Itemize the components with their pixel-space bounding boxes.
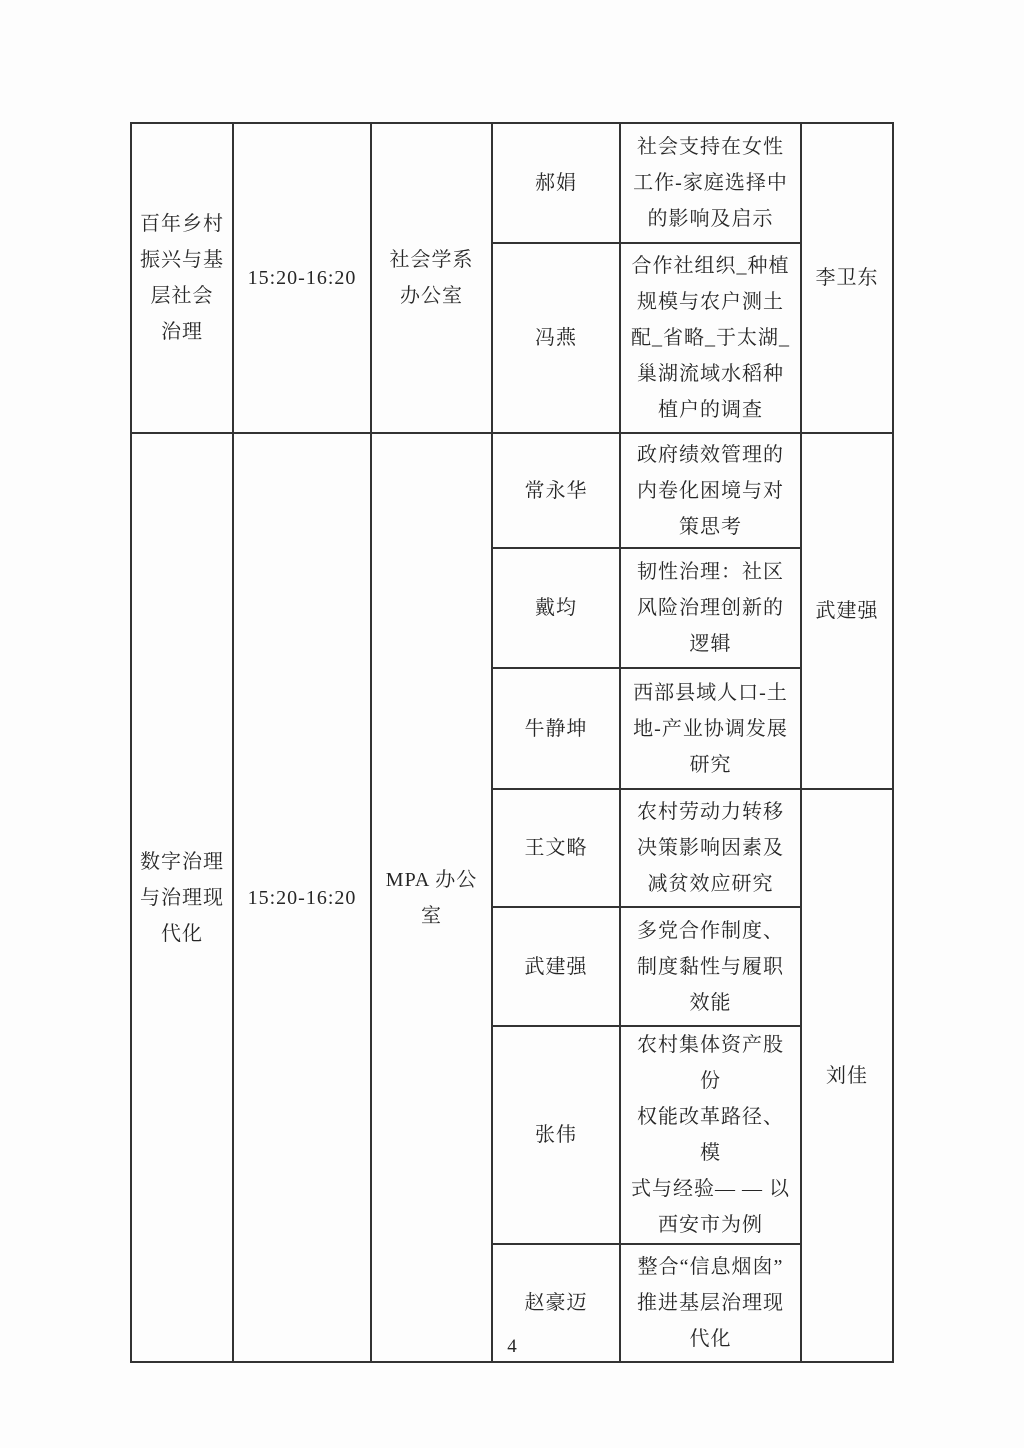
presenter-cell: 冯燕 <box>492 243 620 433</box>
presenter-cell: 郝娟 <box>492 123 620 243</box>
session1-commentator-cell: 李卫东 <box>801 123 893 433</box>
page-number: 4 <box>0 1336 1024 1358</box>
paper-title-cell: 农村劳动力转移 决策影响因素及 减贫效应研究 <box>620 789 801 907</box>
paper-title-cell: 政府绩效管理的 内卷化困境与对 策思考 <box>620 433 801 548</box>
paper-title-cell: 农村集体资产股份 权能改革路径、模 式与经验— — 以 西安市为例 <box>620 1026 801 1244</box>
paper-title-cell: 西部县域人口-土 地-产业协调发展 研究 <box>620 668 801 789</box>
session2-location-cell: MPA 办公室 <box>371 433 492 1362</box>
paper-title-cell: 合作社组织_种植 规模与农户测土 配_省略_于太湖_ 巢湖流域水稻种 植户的调查 <box>620 243 801 433</box>
session2-theme-cell: 数字治理 与治理现 代化 <box>131 433 233 1362</box>
presenter-cell: 武建强 <box>492 907 620 1026</box>
session1-theme-cell: 百年乡村 振兴与基 层社会 治理 <box>131 123 233 433</box>
presenter-cell: 王文略 <box>492 789 620 907</box>
table-row: 数字治理 与治理现 代化 15:20-16:20 MPA 办公室 常永华 政府绩… <box>131 433 893 548</box>
presenter-cell: 戴均 <box>492 548 620 668</box>
presenter-cell: 牛静坤 <box>492 668 620 789</box>
schedule-table: 百年乡村 振兴与基 层社会 治理 15:20-16:20 社会学系 办公室 郝娟… <box>130 122 894 1363</box>
presenter-cell: 张伟 <box>492 1026 620 1244</box>
session2-time-cell: 15:20-16:20 <box>233 433 371 1362</box>
paper-title-cell: 韧性治理：社区 风险治理创新的 逻辑 <box>620 548 801 668</box>
session1-location-cell: 社会学系 办公室 <box>371 123 492 433</box>
paper-title-cell: 社会支持在女性 工作-家庭选择中 的影响及启示 <box>620 123 801 243</box>
paper-title-cell: 多党合作制度、 制度黏性与履职 效能 <box>620 907 801 1026</box>
presenter-cell: 常永华 <box>492 433 620 548</box>
table-row: 百年乡村 振兴与基 层社会 治理 15:20-16:20 社会学系 办公室 郝娟… <box>131 123 893 243</box>
session1-time-cell: 15:20-16:20 <box>233 123 371 433</box>
session2-commentator-a-cell: 武建强 <box>801 433 893 789</box>
document-page: 百年乡村 振兴与基 层社会 治理 15:20-16:20 社会学系 办公室 郝娟… <box>0 0 1024 1448</box>
session2-commentator-b-cell: 刘佳 <box>801 789 893 1362</box>
